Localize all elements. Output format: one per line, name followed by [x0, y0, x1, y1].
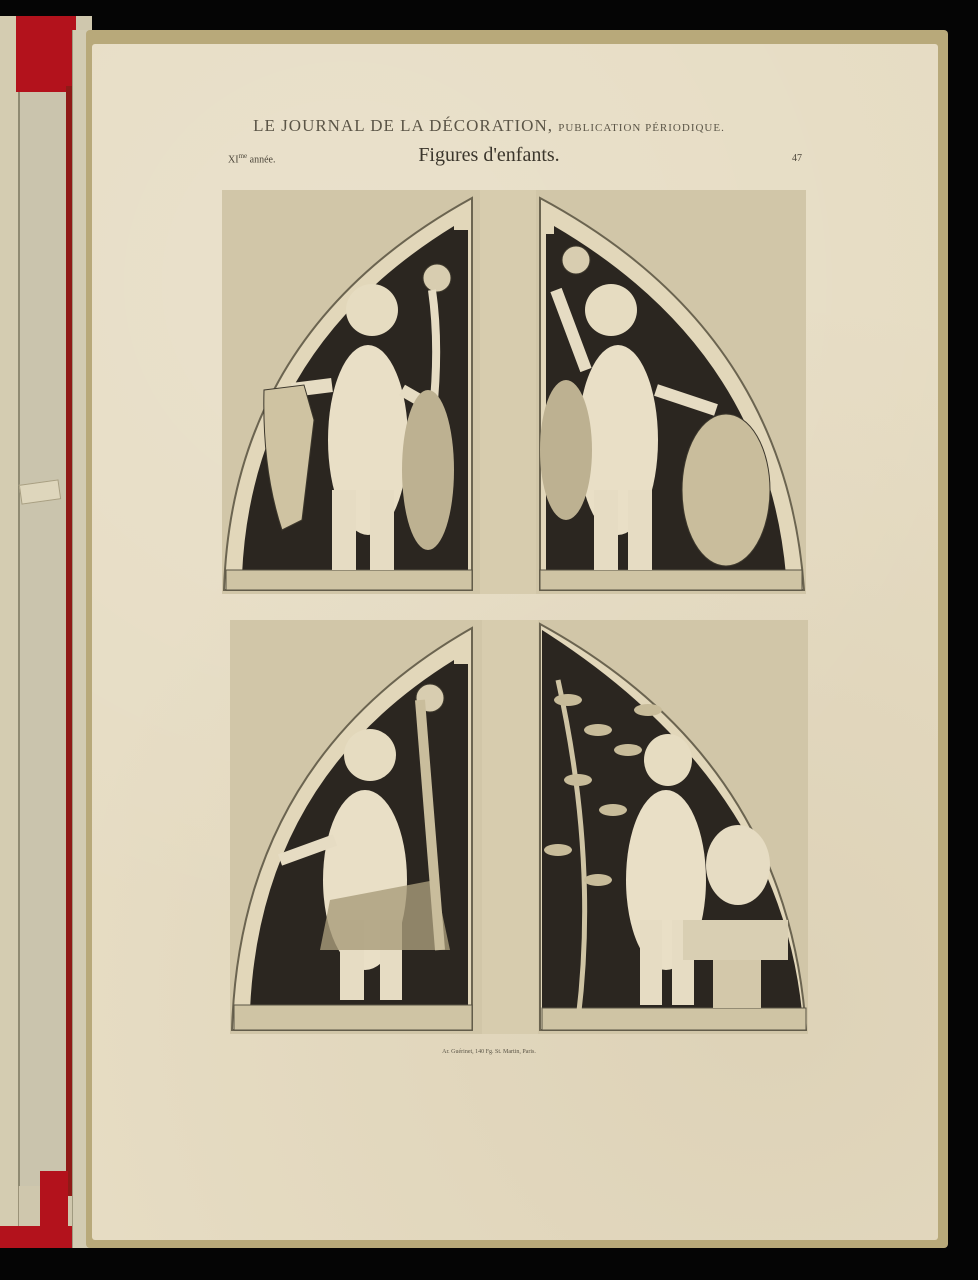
printer-imprint: Ar. Guérinet, 140 Fg. St. Martin, Paris. — [0, 1049, 978, 1055]
binding-red-corner-top — [16, 16, 76, 92]
putto-shield-illustration — [222, 190, 480, 594]
page-number: 47 — [792, 153, 802, 164]
book-binding — [0, 16, 92, 1248]
running-head: LE JOURNAL DE LA DÉCORATION, PUBLICATION… — [0, 116, 978, 136]
binding-leaf — [0, 16, 19, 1248]
plate-divider-top — [480, 190, 536, 594]
plate-title: Figures d'enfants. — [0, 144, 978, 167]
binding-red-corner-bottom — [40, 1171, 68, 1231]
journal-subtitle: PUBLICATION PÉRIODIQUE. — [558, 122, 725, 134]
plate-top-right — [536, 190, 806, 594]
binding-spine-paper — [18, 86, 69, 1186]
putto-tree-bust-illustration — [538, 620, 808, 1034]
plate-bottom-left — [230, 620, 482, 1034]
putto-portrait-shield-illustration — [536, 190, 806, 594]
journal-title: LE JOURNAL DE LA DÉCORATION, — [253, 116, 553, 135]
plate-divider-bottom — [482, 620, 538, 1034]
plate-top-left — [222, 190, 480, 594]
plate-bottom-right — [538, 620, 808, 1034]
putto-fishing-net-illustration — [230, 620, 482, 1034]
